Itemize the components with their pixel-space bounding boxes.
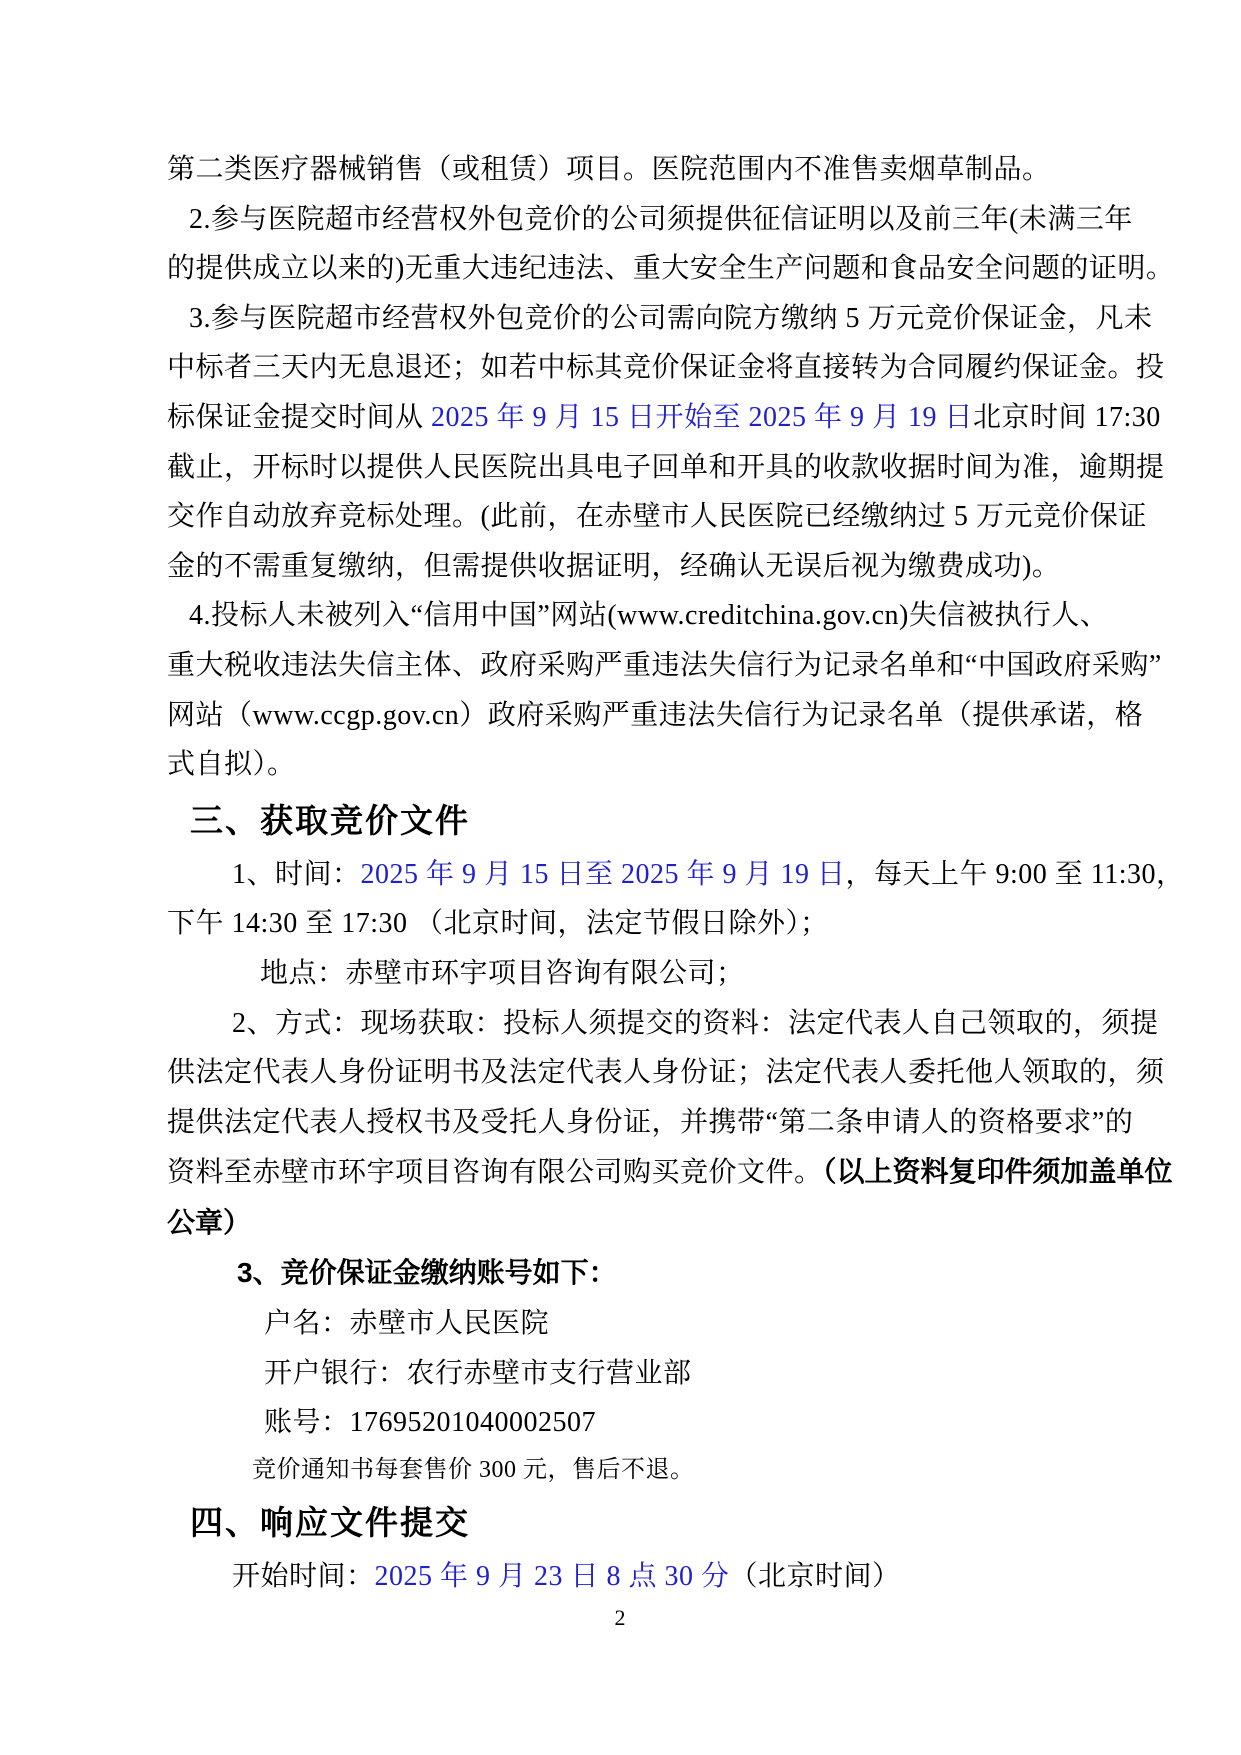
run-text: 重大税收违法失信主体、政府采购严重违法失信行为记录名单和“中国政府采购” <box>167 650 1162 681</box>
highlighted-date-text: 2025 年 9 月 15 日开始至 2025 年 9 月 19 日 <box>431 402 973 433</box>
bold-emphasis-text: 3、竞价保证金缴纳账号如下： <box>237 1257 617 1288</box>
highlighted-date-text: 2025 年 9 月 23 日 8 点 30 分 <box>375 1561 730 1592</box>
paragraph-line: 公章） <box>167 1198 1141 1249</box>
bank-line: 开户银行：农行赤壁市支行营业部 <box>167 1349 1141 1399</box>
run-text: 4.投标人未被列入“信用中国”网站(www.creditchina.gov.cn… <box>189 600 1108 631</box>
account-number-line: 账号：17695201040002507 <box>167 1398 1141 1448</box>
heading-section-4: 四、响应文件提交 <box>167 1498 1141 1548</box>
run-text: 账号：17695201040002507 <box>264 1407 596 1438</box>
run-text: 金的不需重复缴纳，但需提供收据证明，经确认无误后视为缴费成功)。 <box>167 551 1060 582</box>
paragraph-line: 供法定代表人身份证明书及法定代表人身份证；法定代表人委托他人领取的，须 <box>167 1048 1141 1098</box>
paragraph-line: 第二类医疗器械销售（或租赁）项目。医院范围内不准售卖烟草制品。 <box>167 145 1141 195</box>
run-text: 三、获取竞价文件 <box>190 802 470 839</box>
paragraph-line: 3.参与医院超市经营权外包竞价的公司需向院方缴纳 5 万元竞价保证金，凡未 <box>167 294 1141 344</box>
account-name-line: 户名：赤壁市人民医院 <box>167 1299 1141 1349</box>
run-text: ，每天上午 9:00 至 11:30， <box>846 859 1185 890</box>
paragraph-line: 2、方式：现场获取：投标人须提交的资料：法定代表人自己领取的，须提 <box>167 999 1141 1049</box>
paragraph-line: 1、时间：2025 年 9 月 15 日至 2025 年 9 月 19 日，每天… <box>167 850 1141 900</box>
run-text: 北京时间 17:30 <box>973 402 1161 433</box>
paragraph-line: 网站（www.ccgp.gov.cn）政府采购严重违法失信行为记录名单（提供承诺… <box>167 691 1141 741</box>
run-text: 第二类医疗器械销售（或租赁）项目。医院范围内不准售卖烟草制品。 <box>167 154 1051 185</box>
run-text: 截止，开标时以提供人民医院出具电子回单和开具的收款收据时间为准，逾期提 <box>167 452 1165 483</box>
run-text: 中标者三天内无息退还；如若中标其竞价保证金将直接转为合同履约保证金。投 <box>167 352 1165 383</box>
run-text: 2.参与医院超市经营权外包竞价的公司须提供征信证明以及前三年(未满三年 <box>189 204 1133 235</box>
run-text: 地点：赤壁市环宇项目咨询有限公司； <box>260 958 745 989</box>
paragraph-line: 4.投标人未被列入“信用中国”网站(www.creditchina.gov.cn… <box>167 591 1141 641</box>
paragraph-line: 的提供成立以来的)无重大违纪违法、重大安全生产问题和食品安全问题的证明。 <box>167 244 1141 294</box>
run-text: 开始时间： <box>232 1561 375 1592</box>
run-text: 户名：赤壁市人民医院 <box>264 1308 549 1339</box>
run-text: 交作自动放弃竞标处理。(此前，在赤壁市人民医院已经缴纳过 5 万元竞价保证 <box>167 501 1147 532</box>
run-text: 提供法定代表人授权书及受托人身份证，并携带“第二条申请人的资格要求”的 <box>167 1107 1133 1138</box>
run-text: 3.参与医院超市经营权外包竞价的公司需向院方缴纳 5 万元竞价保证金，凡未 <box>189 303 1153 334</box>
price-note-line: 竞价通知书每套售价 300 元，售后不退。 <box>167 1448 1141 1492</box>
run-text: （北京时间） <box>730 1561 901 1592</box>
run-text: 下午 14:30 至 17:30 （北京时间，法定节假日除外）； <box>167 908 829 939</box>
paragraph-line: 开始时间：2025 年 9 月 23 日 8 点 30 分（北京时间） <box>167 1552 1141 1602</box>
paragraph-line: 重大税收违法失信主体、政府采购严重违法失信行为记录名单和“中国政府采购” <box>167 641 1141 691</box>
paragraph-line: 金的不需重复缴纳，但需提供收据证明，经确认无误后视为缴费成功)。 <box>167 542 1141 592</box>
run-text: 资料至赤壁市环宇项目咨询有限公司购买竞价文件。 <box>167 1157 823 1188</box>
paragraph-line: 交作自动放弃竞标处理。(此前，在赤壁市人民医院已经缴纳过 5 万元竞价保证 <box>167 492 1141 542</box>
paragraph-line: 提供法定代表人授权书及受托人身份证，并携带“第二条申请人的资格要求”的 <box>167 1098 1141 1148</box>
paragraph-line: 地点：赤壁市环宇项目咨询有限公司； <box>167 949 1141 999</box>
run-text: 四、响应文件提交 <box>190 1504 470 1541</box>
paragraph-line: 2.参与医院超市经营权外包竞价的公司须提供征信证明以及前三年(未满三年 <box>167 195 1141 245</box>
run-text: 1、时间： <box>232 859 361 890</box>
run-text: 竞价通知书每套售价 300 元，售后不退。 <box>252 1457 695 1483</box>
document-content: 第二类医疗器械销售（或租赁）项目。医院范围内不准售卖烟草制品。2.参与医院超市经… <box>167 145 1141 1601</box>
bold-emphasis-text: （以上资料复印件须加盖单位 <box>823 1156 1173 1187</box>
page-number: 2 <box>133 1603 1107 1633</box>
run-text: 式自拟）。 <box>167 749 296 780</box>
heading-section-3: 三、获取竞价文件 <box>167 796 1141 846</box>
run-text: 标保证金提交时间从 <box>167 402 431 433</box>
paragraph-line: 资料至赤壁市环宇项目咨询有限公司购买竞价文件。（以上资料复印件须加盖单位 <box>167 1147 1141 1198</box>
run-text: 开户银行：农行赤壁市支行营业部 <box>264 1358 692 1389</box>
highlighted-date-text: 2025 年 9 月 15 日至 2025 年 9 月 19 日 <box>361 859 846 890</box>
run-text: 网站（www.ccgp.gov.cn）政府采购严重违法失信行为记录名单（提供承诺… <box>167 700 1143 731</box>
paragraph-line: 中标者三天内无息退还；如若中标其竞价保证金将直接转为合同履约保证金。投 <box>167 343 1141 393</box>
paragraph-line: 标保证金提交时间从 2025 年 9 月 15 日开始至 2025 年 9 月 … <box>167 393 1141 443</box>
bold-emphasis-text: 公章） <box>167 1207 251 1238</box>
run-text: 的提供成立以来的)无重大违纪违法、重大安全生产问题和食品安全问题的证明。 <box>167 253 1174 284</box>
paragraph-line: 下午 14:30 至 17:30 （北京时间，法定节假日除外）； <box>167 899 1141 949</box>
run-text: 2、方式：现场获取：投标人须提交的资料：法定代表人自己领取的，须提 <box>232 1008 1159 1039</box>
run-text: 供法定代表人身份证明书及法定代表人身份证；法定代表人委托他人领取的，须 <box>167 1057 1165 1088</box>
paragraph-line: 3、竞价保证金缴纳账号如下： <box>167 1248 1141 1299</box>
document-page: 第二类医疗器械销售（或租赁）项目。医院范围内不准售卖烟草制品。2.参与医院超市经… <box>0 0 1241 1755</box>
paragraph-line: 式自拟）。 <box>167 740 1141 790</box>
paragraph-line: 截止，开标时以提供人民医院出具电子回单和开具的收款收据时间为准，逾期提 <box>167 443 1141 493</box>
